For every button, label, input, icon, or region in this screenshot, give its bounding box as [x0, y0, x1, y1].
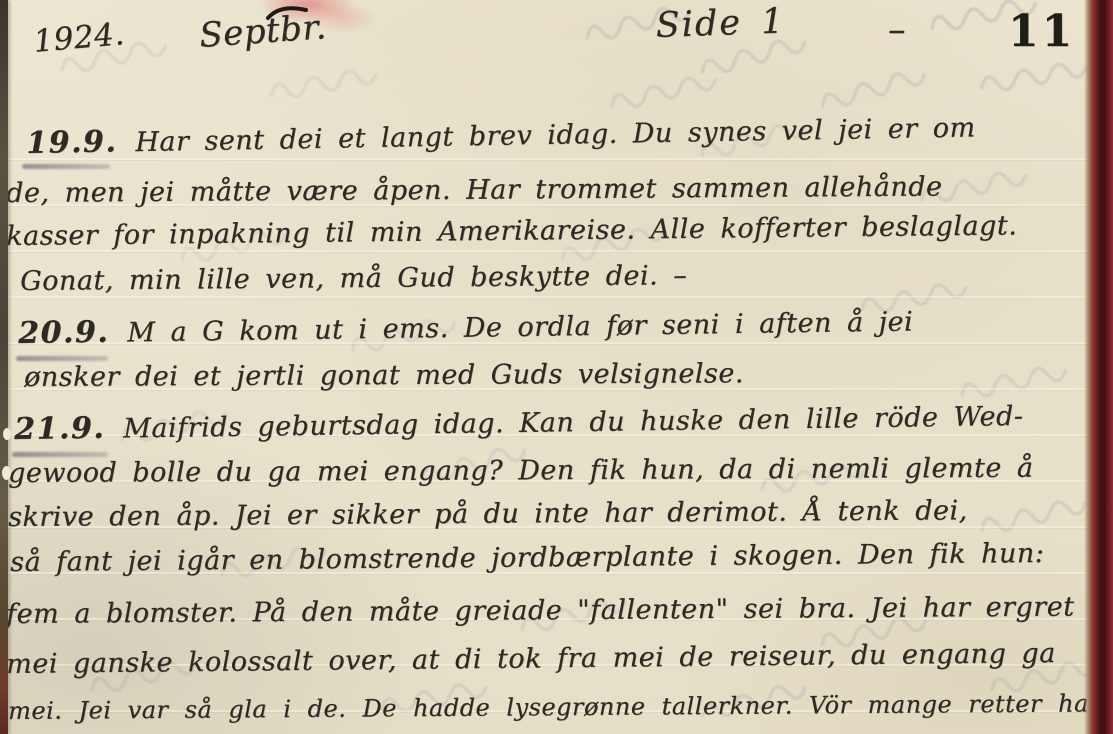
- printed-page-number: 11: [1008, 6, 1075, 57]
- book-binding-edge: [1084, 0, 1113, 734]
- side-dash: –: [888, 10, 906, 50]
- paper-chip: [3, 428, 11, 440]
- date-underline: [16, 356, 108, 361]
- diary-page-scan: 1924. Septbr. Side 1 – 11 19.9.Har sent …: [0, 0, 1113, 734]
- entry-date: 20.9.: [18, 315, 109, 351]
- handwritten-line: gewood bolle du ga mei engang? Den fik h…: [8, 453, 1034, 489]
- handwritten-line: de, men jei måtte være åpen. Har trommet…: [6, 171, 943, 209]
- entry-date: 21.9.: [14, 411, 105, 447]
- date-underline: [22, 164, 110, 169]
- entry-date: 19.9.: [26, 124, 118, 161]
- paper-chip: [2, 466, 11, 480]
- handwritten-line: ønsker dei et jertli gonat med Guds vels…: [24, 358, 744, 393]
- date-underline: [12, 452, 108, 457]
- handwritten-line: Gonat, min lille ven, må Gud beskytte de…: [20, 260, 687, 297]
- side-label: Side 1: [655, 1, 786, 46]
- torn-left-edge: [0, 0, 8, 734]
